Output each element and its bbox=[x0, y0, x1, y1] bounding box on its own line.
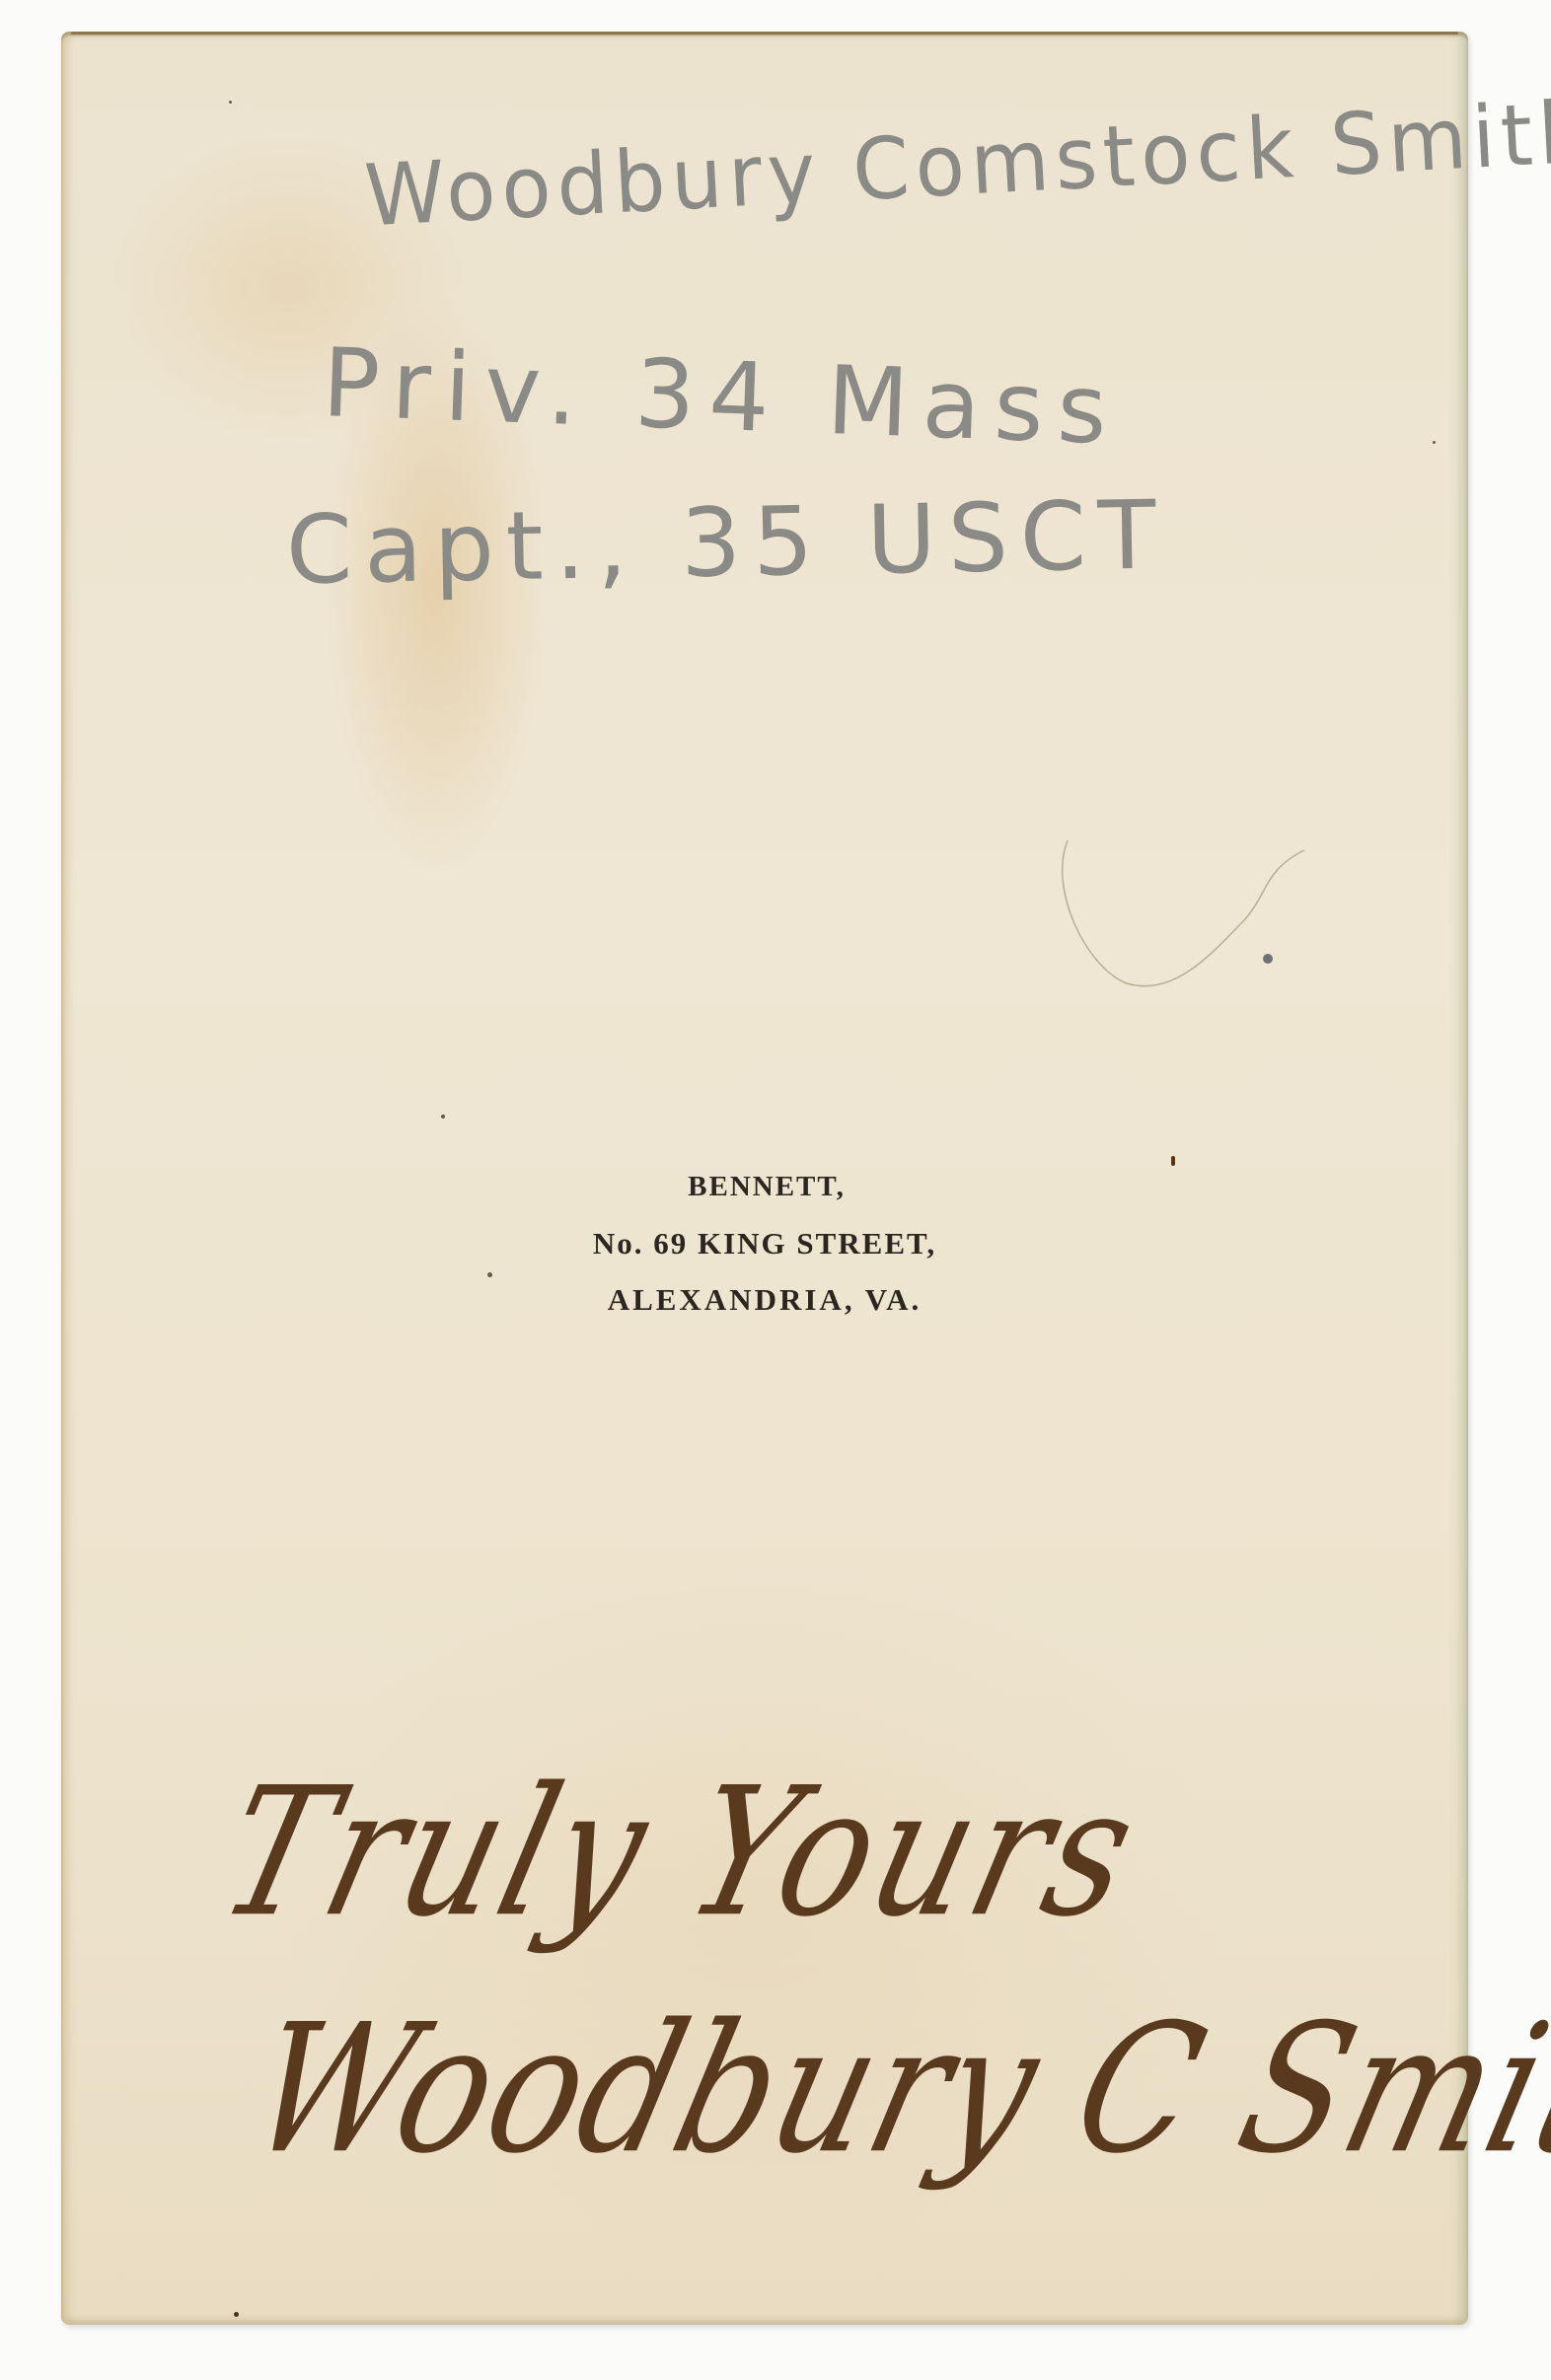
paper-speck bbox=[487, 1272, 492, 1277]
signature-name: Woodbury C Smith bbox=[233, 1987, 1551, 2194]
photographer-imprint: BENNETT, No. 69 KING STREET, ALEXANDRIA,… bbox=[61, 1159, 1468, 1328]
photographer-address: No. 69 KING STREET, bbox=[61, 1215, 1468, 1271]
paper-speck bbox=[229, 101, 232, 104]
pencil-annotation-rank-private: Priv. 34 Mass bbox=[321, 327, 1123, 466]
paper-speck bbox=[234, 2312, 239, 2317]
paper-speck bbox=[441, 1115, 445, 1118]
photographer-city: ALEXANDRIA, VA. bbox=[61, 1271, 1468, 1328]
pencil-annotation-name: Woodbury Comstock Smith bbox=[362, 83, 1551, 246]
photographer-name: BENNETT, bbox=[61, 1159, 1468, 1215]
paper-speck bbox=[1171, 1156, 1175, 1166]
paper-speck bbox=[1433, 441, 1436, 444]
pencil-annotation-rank-captain: Capt., 35 USCT bbox=[285, 479, 1168, 606]
photo-card-back: Woodbury Comstock Smith Priv. 34 Mass Ca… bbox=[61, 32, 1468, 2325]
paper-fiber-mark bbox=[1048, 811, 1324, 1008]
signature-closing: Truly Yours bbox=[203, 1751, 1156, 1957]
